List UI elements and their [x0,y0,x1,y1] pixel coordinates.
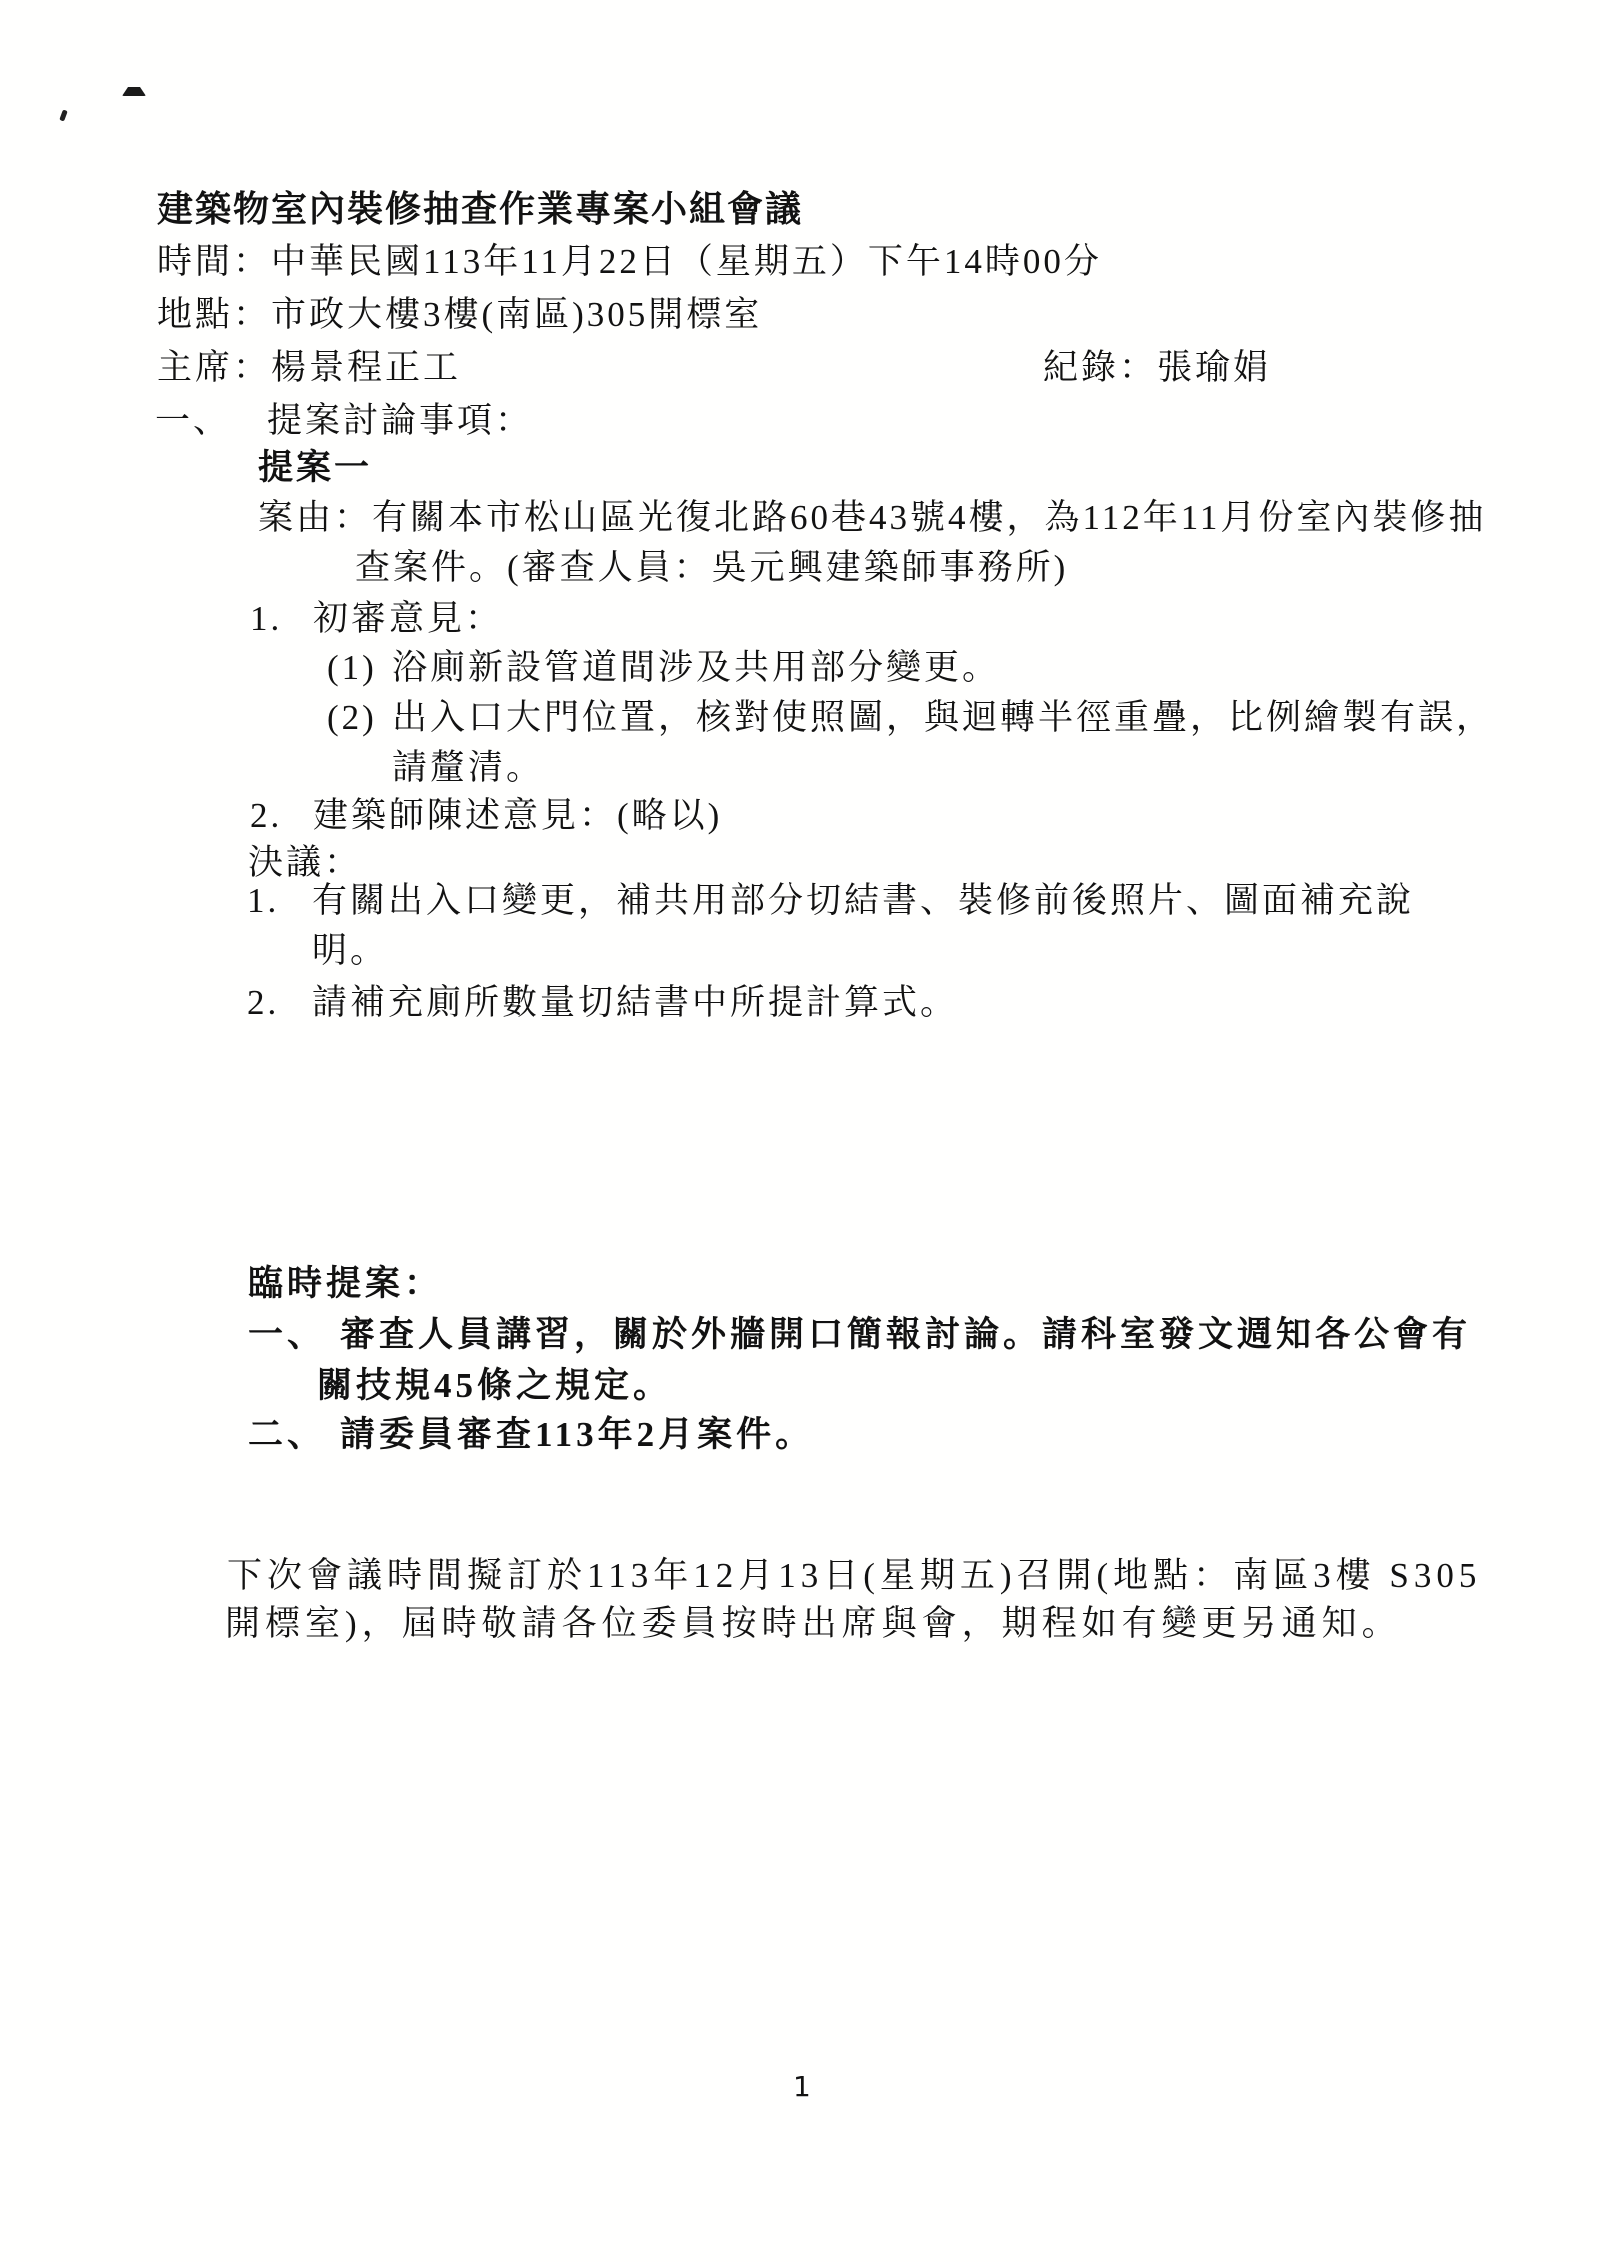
meeting-chair: 主席：楊景程正工 [157,347,461,388]
meeting-recorder: 紀錄：張瑜娟 [1043,347,1271,388]
review-item-number: (1) [327,647,377,688]
extempore-item-text: 請委員審查113年2月案件。 [340,1414,814,1455]
resolution-label: 決議： [248,842,362,883]
extempore-item-number: 一、 [248,1314,326,1355]
resolution-text: 請補充廁所數量切結書中所提計算式。 [312,982,958,1023]
extempore-item-text-continued: 關技規45條之規定。 [317,1365,672,1406]
extempore-heading: 臨時提案： [248,1263,443,1304]
extempore-item-text: 審查人員講習，關於外牆開口簡報討論。請科室發文週知各公會有 [340,1314,1471,1355]
next-meeting-notice-line2: 開標室)，屆時敬請各位委員按時出席與會，期程如有變更另通知。 [225,1603,1402,1644]
review-item-text: 出入口大門位置，核對使照圖，與迴轉半徑重疊，比例繪製有誤， [392,697,1494,738]
resolution-number: 2. [247,982,279,1023]
proposal-heading: 提案一 [258,447,372,488]
meeting-location: 地點：市政大樓3樓(南區)305開標室 [157,294,762,335]
agenda-section-number: 一、 [155,400,231,441]
document-page: 建築物室內裝修抽查作業專案小組會議 時間：中華民國113年11月22日（星期五）… [0,0,1600,2262]
doc-title: 建築物室內裝修抽查作業專案小組會議 [157,188,803,230]
resolution-number: 1. [247,880,279,921]
next-meeting-notice-line1: 下次會議時間擬訂於113年12月13日(星期五)召開(地點：南區3樓 S305 [227,1555,1481,1596]
case-description-line2: 查案件。(審查人員：吳元興建築師事務所) [355,547,1068,588]
resolution-text: 有關出入口變更，補共用部分切結書、裝修前後照片、圖面補充說 [312,880,1414,921]
page-number: 1 [793,2070,811,2103]
scan-artifact [122,78,146,96]
review-number: 1. [250,598,282,639]
review-item-text: 浴廁新設管道間涉及共用部分變更。 [392,647,1000,688]
review-item-text-continued: 請釐清。 [392,747,544,788]
statement-text: 建築師陳述意見：(略以) [313,795,722,836]
review-item-number: (2) [327,697,377,738]
statement-number: 2. [250,795,282,836]
scan-artifact [59,109,67,121]
review-label: 初審意見： [313,598,503,639]
resolution-text-continued: 明。 [312,930,388,971]
meeting-time: 時間：中華民國113年11月22日（星期五）下午14時00分 [157,241,1102,282]
case-description-line1: 案由：有關本市松山區光復北路60巷43號4樓，為112年11月份室內裝修抽 [258,497,1486,538]
extempore-item-number: 二、 [248,1414,326,1455]
agenda-section-title: 提案討論事項： [267,400,533,441]
